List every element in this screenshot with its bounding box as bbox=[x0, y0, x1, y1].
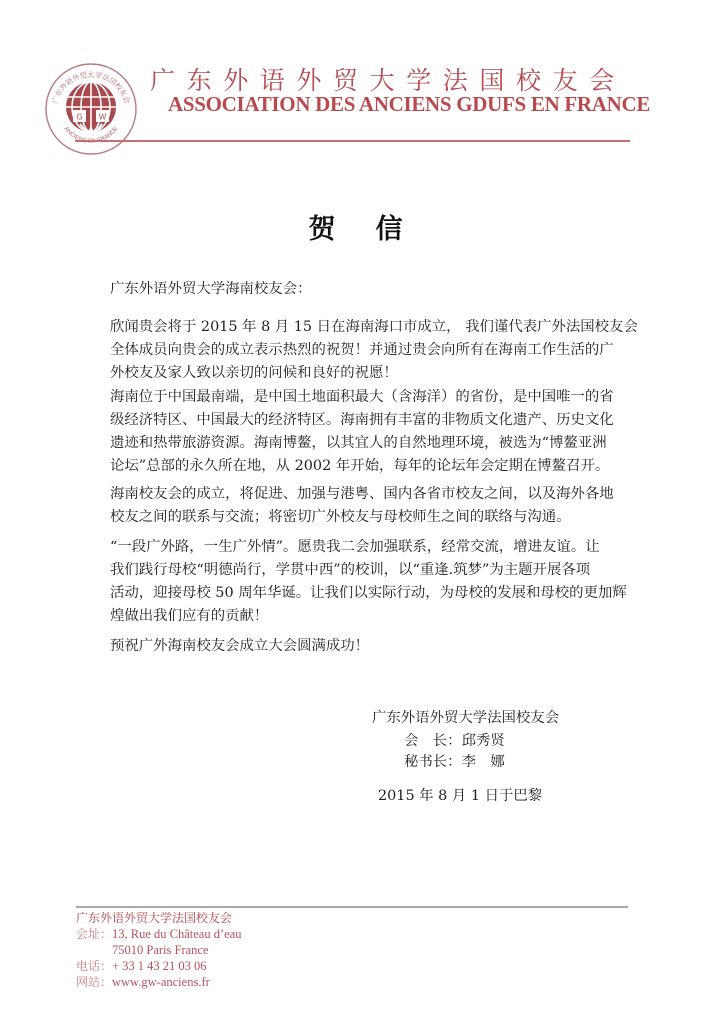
closing-wish: 预祝广外海南校友会成立大会圆满成功！ bbox=[110, 636, 369, 656]
secretary-label: 秘书长： bbox=[404, 754, 462, 770]
signature-secretary: 秘书长：李 娜 bbox=[404, 752, 505, 772]
website-link[interactable]: www.gw-anciens.fr bbox=[112, 975, 210, 989]
secretary-name: 李 娜 bbox=[462, 754, 505, 770]
address-line-1: 13, Rue du Château d’eau bbox=[112, 927, 241, 941]
footer-address-line-2: 75010 Paris France bbox=[112, 942, 209, 958]
phone-number: + 33 1 43 21 03 06 bbox=[112, 959, 207, 973]
paragraph-line: 海南位于中国最南端，是中国土地面积最大（含海洋）的省份，是中国唯一的省 bbox=[110, 387, 614, 407]
letter-title: 贺信 bbox=[0, 214, 711, 246]
footer-address: 会址：13, Rue du Château d’eau bbox=[76, 926, 241, 942]
paragraph-line: 活动，迎接母校 50 周年华诞。让我们以实际行动，为母校的发展和母校的更加辉 bbox=[110, 583, 627, 603]
footer-organization: 广东外语外贸大学法国校友会 bbox=[76, 910, 232, 926]
footer-divider bbox=[76, 906, 628, 908]
address-line-2: 75010 Paris France bbox=[112, 943, 209, 957]
paragraph-line: 外校友及家人致以亲切的问候和良好的祝愿！ bbox=[110, 363, 398, 383]
phone-label: 电话： bbox=[76, 958, 112, 974]
website-label: 网站： bbox=[76, 974, 112, 990]
letter-title-char-2: 信 bbox=[376, 214, 403, 246]
letter-title-char-1: 贺 bbox=[309, 214, 336, 246]
paragraph-line: 论坛”总部的永久所在地，从 2002 年开始，每年的论坛年会定期在博鳌召开。 bbox=[110, 456, 609, 476]
salutation: 广东外语外贸大学海南校友会： bbox=[110, 279, 311, 299]
paragraph-line: “一段广外路，一生广外情”。愿贵我二会加强联系，经常交流，增进友谊。让 bbox=[110, 537, 600, 557]
paragraph-line: 级经济特区、中国最大的经济特区。海南拥有丰富的非物质文化遗产、历史文化 bbox=[110, 410, 614, 430]
letterhead-divider bbox=[75, 140, 630, 142]
paragraph-line: 我们践行母校“明德尚行，学贯中西”的校训，以“重逢.筑梦”为主题开展各项 bbox=[110, 560, 590, 580]
footer-phone: 电话：+ 33 1 43 21 03 06 bbox=[76, 958, 207, 974]
paragraph-line: 海南校友会的成立，将促进、加强与港粤、国内各省市校友之间，以及海外各地 bbox=[110, 484, 614, 504]
paragraph-line: 煌做出我们应有的贡献！ bbox=[110, 606, 268, 626]
signature-date-place: 2015 年 8 月 1 日于巴黎 bbox=[378, 786, 542, 806]
president-name: 邱秀贤 bbox=[462, 733, 505, 749]
president-label: 会 长： bbox=[404, 733, 462, 749]
logo-letter-g: G bbox=[76, 113, 82, 122]
footer-website: 网站：www.gw-anciens.fr bbox=[76, 974, 210, 990]
address-label: 会址： bbox=[76, 926, 112, 942]
signature-president: 会 长：邱秀贤 bbox=[404, 731, 505, 751]
letterhead-title-french: ASSOCIATION DES ANCIENS GDUFS EN FRANCE bbox=[168, 92, 650, 116]
logo-letter-w: W bbox=[99, 113, 107, 122]
paragraph-line: 校友之间的联系与交流；将密切广外校友与母校师生之间的联络与沟通。 bbox=[110, 507, 571, 527]
paragraph-line: 欣闻贵会将于 2015 年 8 月 15 日在海南海口市成立， 我们谨代表广外法… bbox=[110, 317, 638, 337]
paragraph-line: 遗迹和热带旅游资源。海南博鳌，以其宜人的自然地理环境，被选为“博鳌亚洲 bbox=[110, 433, 607, 453]
signature-organization: 广东外语外贸大学法国校友会 bbox=[372, 708, 559, 728]
paragraph-line: 全体成员向贵会的成立表示热烈的祝贺！并通过贵会向所有在海南工作生活的广 bbox=[110, 340, 614, 360]
